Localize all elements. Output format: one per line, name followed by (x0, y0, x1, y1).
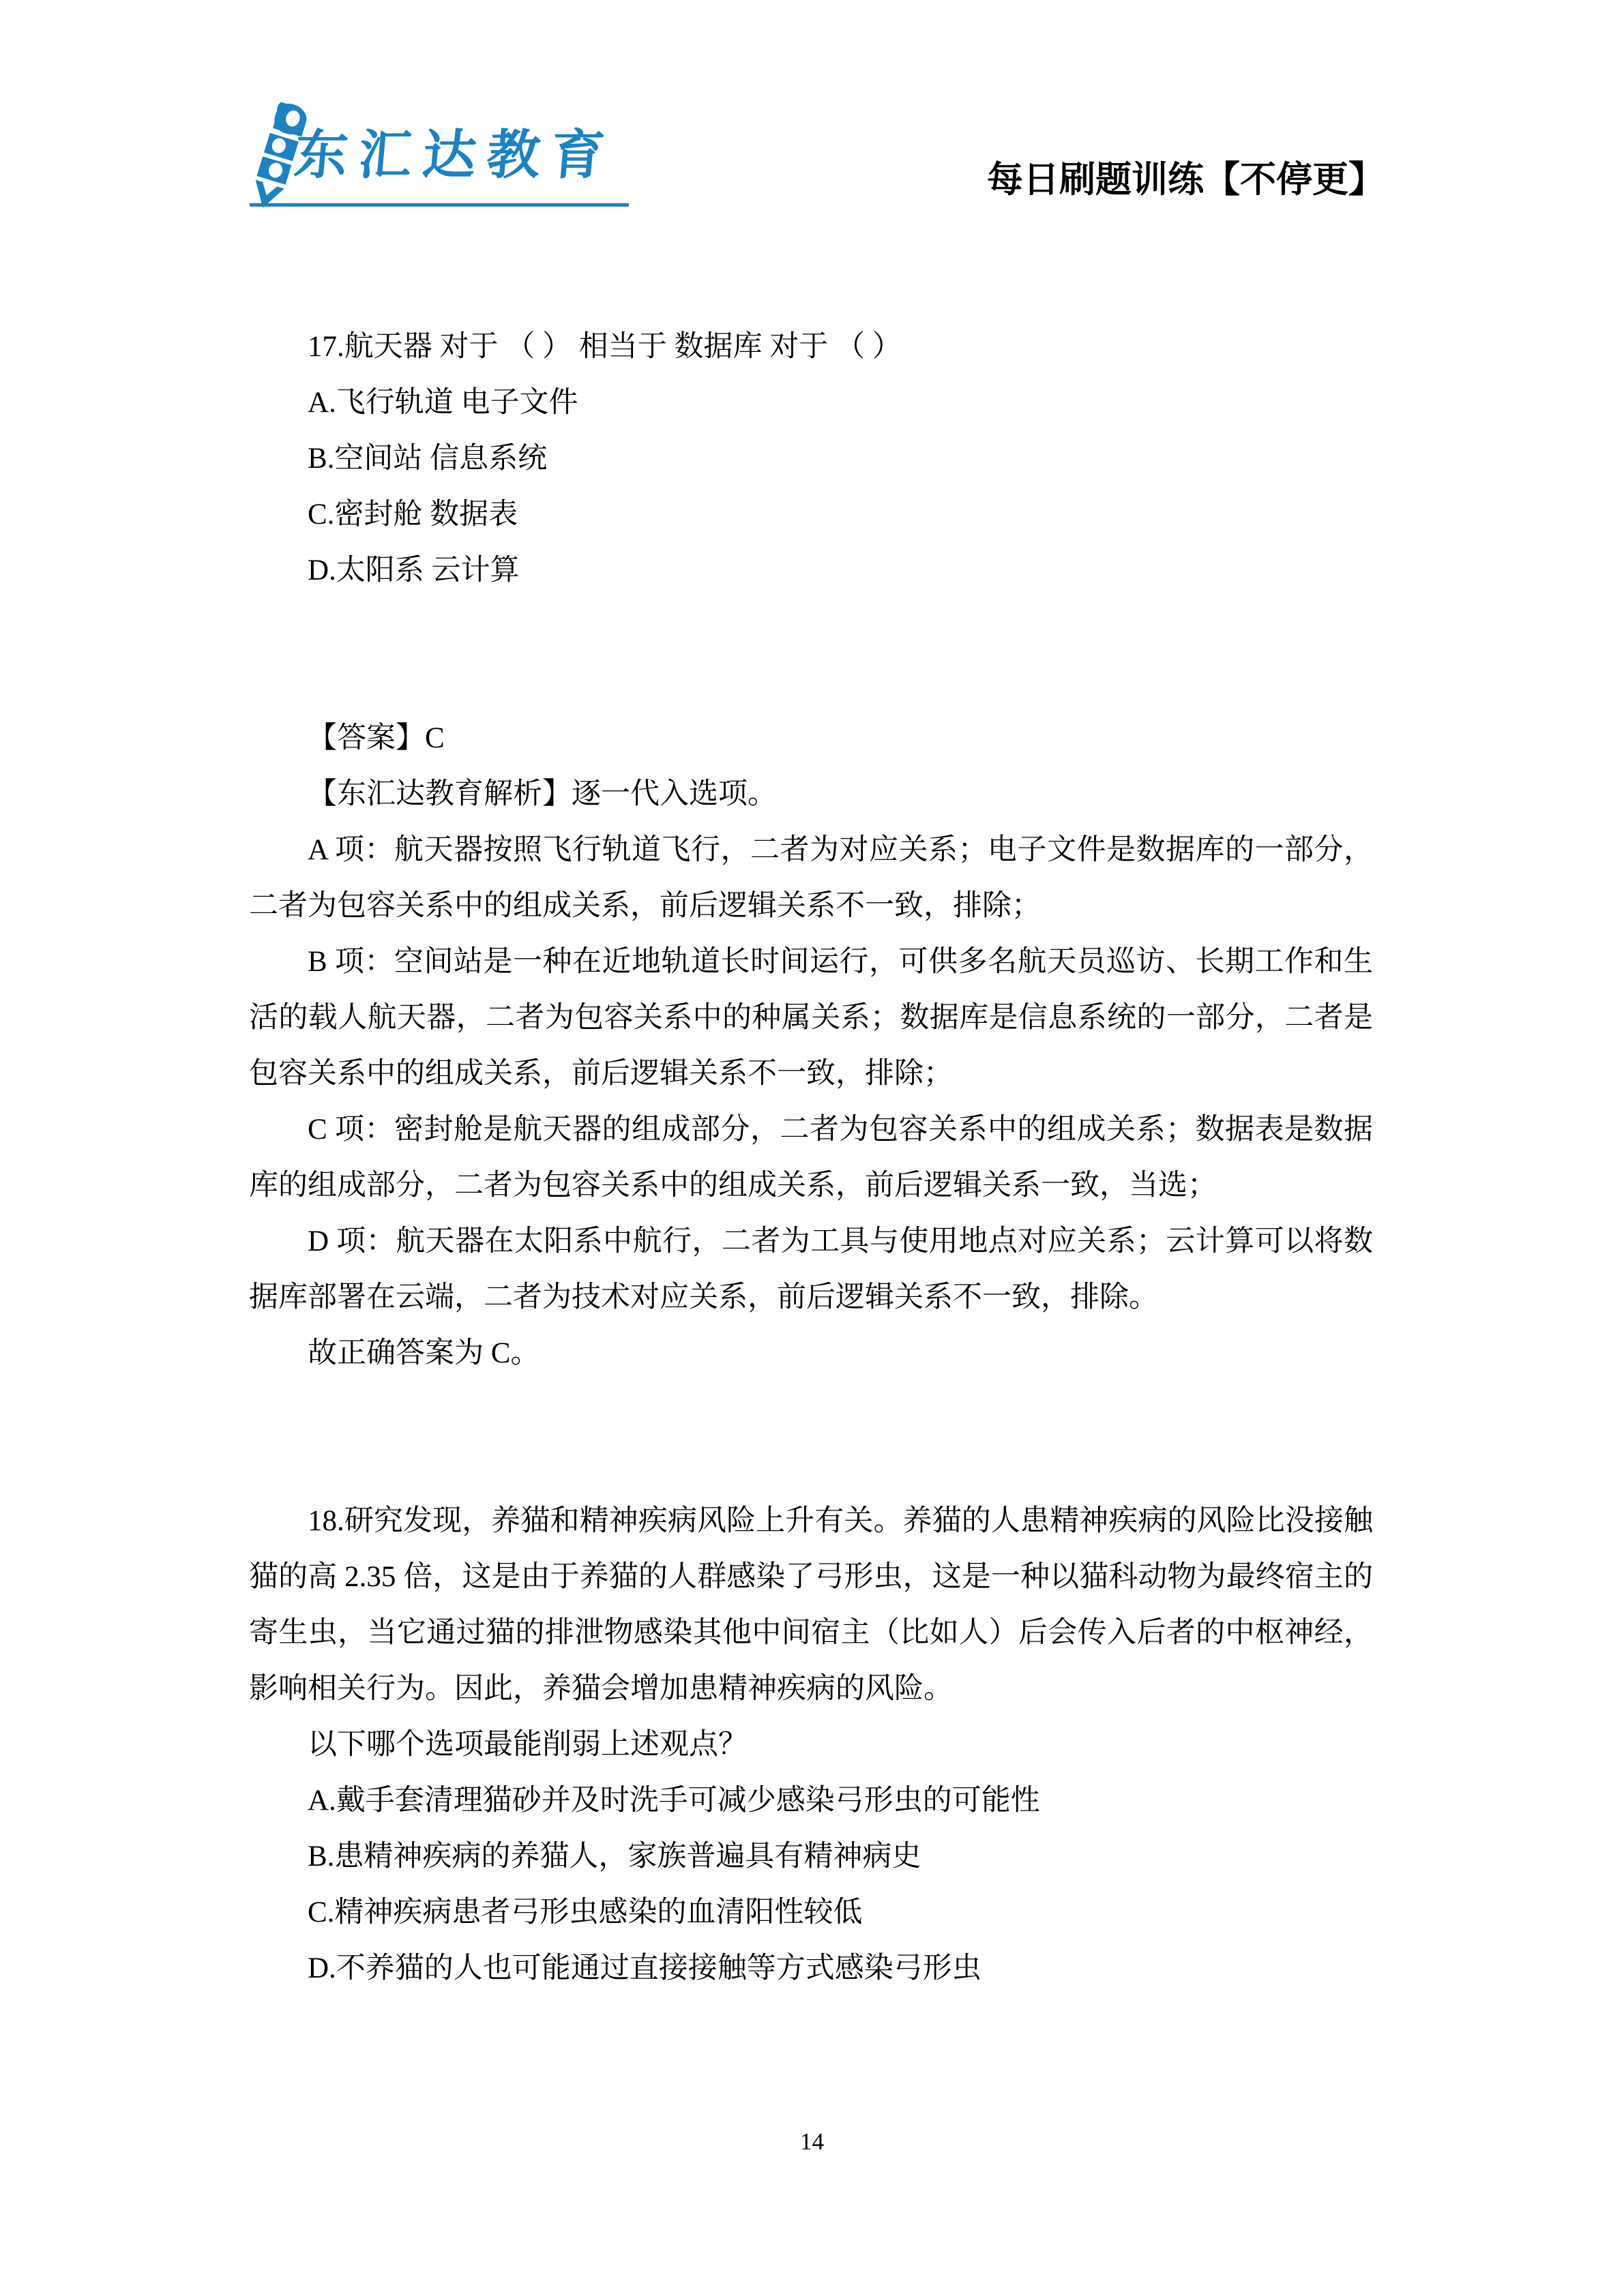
document-page: 东汇达教育 每日刷题训练【不停更】 17.航天器 对于 （ ） 相当于 数据库 … (0, 0, 1624, 2296)
page-number: 14 (0, 2125, 1624, 2159)
q17-analysis-c: C 项：密封舱是航天器的组成部分，二者为包容关系中的组成关系；数据表是数据库的组… (249, 1102, 1373, 1214)
brand-logo-text: 东汇达教育 (293, 128, 618, 181)
q17-analysis-a: A 项：航天器按照飞行轨道飞行，二者为对应关系；电子文件是数据库的一部分，二者为… (249, 822, 1373, 934)
blank-gap (249, 1382, 1373, 1493)
q17-answer: 【答案】C (249, 711, 1373, 766)
q18-option-a: A.戴手套清理猫砂并及时洗手可减少感染弓形虫的可能性 (249, 1773, 1373, 1829)
q17-option-c: C.密封舱 数据表 (249, 487, 1373, 543)
brand-logo: 东汇达教育 (246, 101, 634, 213)
q17-option-b: B.空间站 信息系统 (249, 431, 1373, 487)
q17-analysis-intro: 【东汇达教育解析】逐一代入选项。 (249, 766, 1373, 822)
q17-conclusion: 故正确答案为 C。 (249, 1326, 1373, 1382)
logo-underline (250, 203, 629, 207)
q17-option-d: D.太阳系 云计算 (249, 543, 1373, 599)
page-header-title: 每日刷题训练【不停更】 (987, 160, 1385, 200)
q17-analysis-d: D 项：航天器在太阳系中航行，二者为工具与使用地点对应关系；云计算可以将数据库部… (249, 1214, 1373, 1326)
q18-option-d: D.不养猫的人也可能通过直接接触等方式感染弓形虫 (249, 1941, 1373, 1997)
q17-option-a: A.飞行轨道 电子文件 (249, 375, 1373, 431)
q18-question: 以下哪个选项最能削弱上述观点？ (249, 1717, 1373, 1773)
q17-analysis-b: B 项：空间站是一种在近地轨道长时间运行，可供多名航天员巡访、长期工作和生活的载… (249, 934, 1373, 1102)
document-body: 17.航天器 对于 （ ） 相当于 数据库 对于 （ ） A.飞行轨道 电子文件… (249, 319, 1373, 1997)
q18-option-c: C.精神疾病患者弓形虫感染的血清阳性较低 (249, 1885, 1373, 1941)
blank-gap (249, 599, 1373, 711)
q18-stem: 18.研究发现，养猫和精神疾病风险上升有关。养猫的人患精神疾病的风险比没接触猫的… (249, 1493, 1373, 1717)
q17-stem: 17.航天器 对于 （ ） 相当于 数据库 对于 （ ） (249, 319, 1373, 375)
q18-option-b: B.患精神疾病的养猫人，家族普遍具有精神病史 (249, 1829, 1373, 1885)
